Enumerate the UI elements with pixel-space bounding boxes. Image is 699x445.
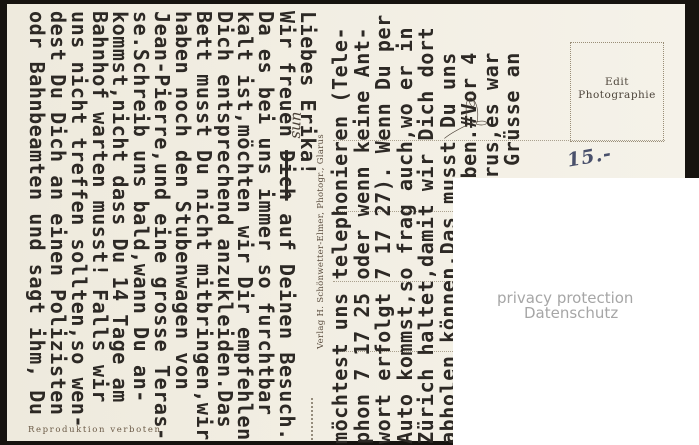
- typed-text: Auto kommst,so frag auch,wo er in: [393, 27, 417, 444]
- typed-line: Jean-Pierre,und eine grosse Teras-: [151, 11, 172, 441]
- typed-line: uns nicht treffen sollten,so wen-: [68, 11, 89, 441]
- typed-line: Dich entsprechend anzukleiden.Das: [214, 11, 235, 441]
- signature-letters: [466, 98, 478, 124]
- signature-flourish: [445, 121, 487, 138]
- typed-line: haben noch den Stubenwagen von: [172, 11, 193, 441]
- privacy-overlay-box: privacy protection Datenschutz: [453, 178, 699, 445]
- typed-line: Da es bei uns immer so furchtbar: [255, 11, 276, 441]
- typed-text: dest Du Dich an einen Polizisten: [46, 11, 70, 416]
- typed-line: möchtest uns telephonieren (Tele-: [330, 14, 352, 444]
- typed-line: wort erfolgt 7 17 27). Wenn Du per: [373, 14, 395, 444]
- typed-message-block-main: Liebes Erika!Wir freuen Dich auf Deinen …: [26, 11, 318, 441]
- typed-line: phon 7 17 25 oder wenn keine Ant-: [352, 14, 374, 444]
- typed-text: Bett musst Du nicht mitbringen,wir: [192, 11, 216, 441]
- typed-text: auf Deinen Besuch.: [275, 201, 299, 441]
- struck-word: Dich: [275, 150, 299, 201]
- typed-line: dest Du Dich an einen Polizisten: [47, 11, 68, 441]
- typed-line: kalt ist,möchten wir Dir empfehlen: [235, 11, 256, 441]
- typed-text: Zürich haltet,damit wir Dich dort: [414, 27, 438, 444]
- typed-line: Wir freuen Dich auf Deinen Besuch.: [276, 11, 297, 441]
- typed-line: odr Bahnbeamten und sagt ihm, Du: [26, 11, 47, 441]
- watermark-line2: Datenschutz: [524, 306, 633, 321]
- scan-edge-top: [0, 0, 699, 4]
- typed-line: Zürich haltet,damit wir Dich dort: [416, 14, 438, 444]
- typed-line: Liebes Erika!: [297, 11, 318, 441]
- typed-line: Bahnhof warten musst! Falls wir: [89, 11, 110, 441]
- typed-line: Auto kommst,so frag auch,wo er in: [395, 14, 417, 444]
- handwritten-correction: uns: [288, 111, 307, 139]
- typed-text: kommst,nicht dass Du 14 Tage am: [108, 11, 132, 403]
- privacy-watermark-text: privacy protection Datenschutz: [497, 291, 633, 320]
- typed-text: phon 7 17 25 oder wenn keine Ant-: [350, 27, 374, 444]
- scan-edge-right: [685, 0, 699, 179]
- typed-line: se.Schreib uns bald,wann Du an-: [130, 11, 151, 441]
- typed-text: odr Bahnbeamten und sagt ihm, Du: [25, 11, 49, 416]
- typed-text: Liebes Erika!: [296, 11, 320, 175]
- typed-text: Dich entsprechend anzukleiden.Das: [213, 11, 237, 428]
- typed-text: Jean-Pierre,und eine grosse Teras-: [150, 11, 174, 441]
- typed-text: Da es bei uns immer so furchtbar: [254, 11, 278, 416]
- typed-line: Bett musst Du nicht mitbringen,wir: [193, 11, 214, 441]
- typed-text: Bahnhof warten musst! Falls wir: [88, 11, 112, 403]
- typed-text: möchtest uns telephonieren (Tele-: [328, 27, 352, 444]
- postcard-scan: Verlag H. Schönwetter-Elmer, Photogr., G…: [0, 0, 699, 445]
- typed-text: haben noch den Stubenwagen von: [171, 11, 195, 390]
- typed-text: kalt ist,möchten wir Dir empfehlen: [233, 11, 257, 441]
- typed-line: kommst,nicht dass Du 14 Tage am: [110, 11, 131, 441]
- typed-text: wort erfolgt 7 17 27). Wenn Du per: [371, 14, 395, 444]
- signature-dot: [472, 92, 473, 93]
- typed-text: se.Schreib uns bald,wann Du an-: [129, 11, 153, 403]
- typed-text: uns nicht treffen sollten,so wen-: [67, 11, 91, 428]
- scan-edge-left: [0, 0, 7, 445]
